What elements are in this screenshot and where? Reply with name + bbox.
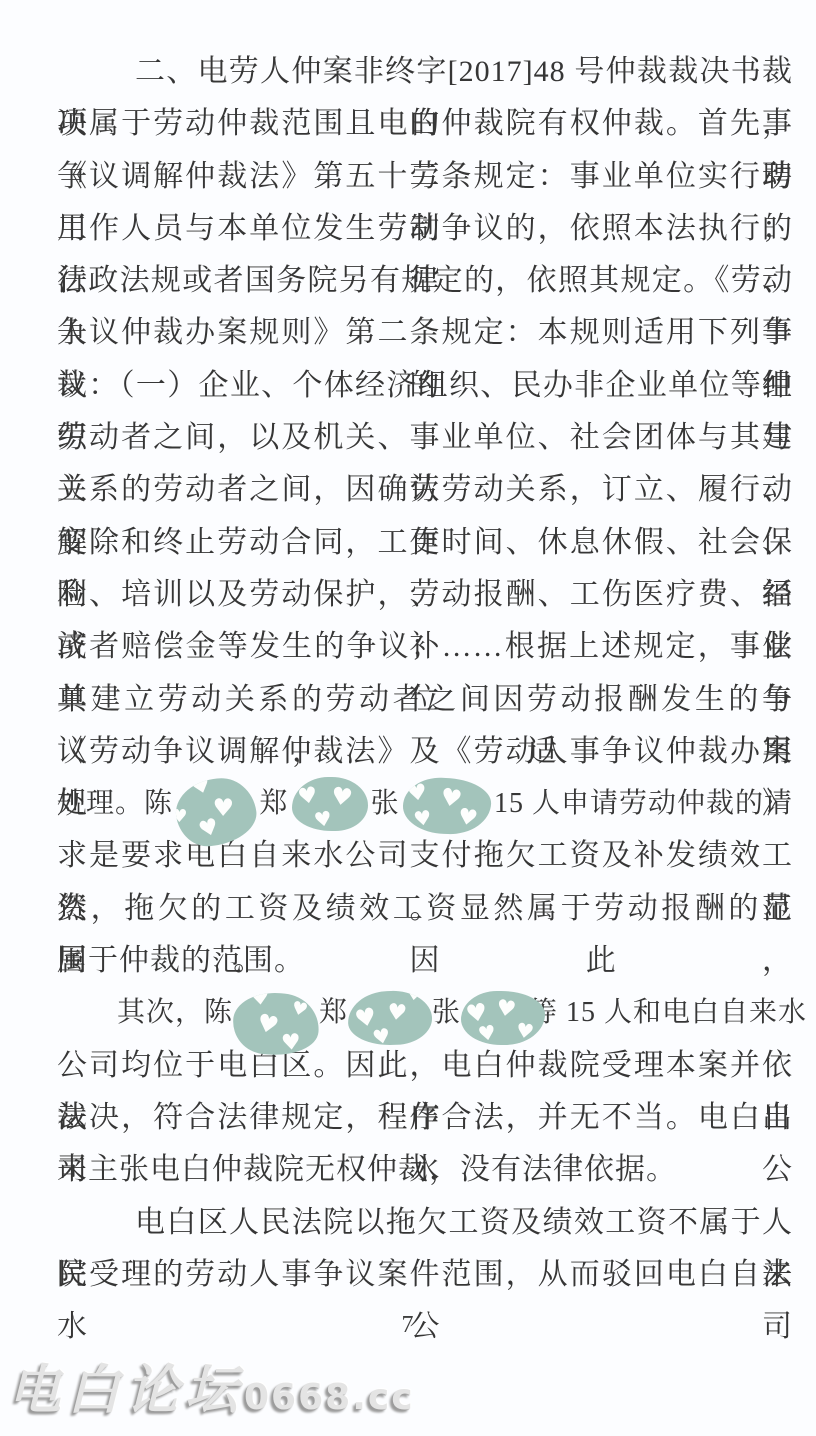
document-line: 利、培训以及劳动保护，劳动报酬、工伤医疗费、经济补偿 <box>57 569 793 621</box>
heart-icon: ♥ <box>495 998 519 1023</box>
text-segment: 15 人申请劳动仲裁的请 <box>494 778 793 830</box>
document-line: 《劳动争议调解仲裁法》及《劳动人事争议仲裁办案规则》 <box>57 726 793 778</box>
heart-icon: ♥ <box>405 782 429 807</box>
heart-icon: ♥ <box>280 1032 303 1056</box>
document-line: 处理。陈♥♥♥♥郑♥♥♥张♥♥♥♥15 人申请劳动仲裁的请 <box>57 778 793 830</box>
heart-icon: ♥ <box>296 784 320 809</box>
document-line: 项属于劳动仲裁范围且电白仲裁院有权仲裁。首先，《劳动 <box>57 98 793 150</box>
heart-icon: ♥ <box>289 999 310 1021</box>
document-line: 裁决，符合法律规定，程序合法，并无不当。电白自来水公 <box>57 1092 793 1144</box>
heart-icon: ♥ <box>313 807 335 830</box>
heart-icon: ♥ <box>254 1009 282 1038</box>
heart-icon: ♥ <box>515 1019 537 1042</box>
document-line: 争议调解仲裁法》第五十二条规定：事业单位实行聘用制的 <box>57 151 793 203</box>
document-line: 解除和终止劳动合同，工作时间、休息休假、社会保险、福 <box>57 517 793 569</box>
document-line: 劳动者之间，以及机关、事业单位、社会团体与其建立劳动 <box>57 412 793 464</box>
document-page: 二、电劳人仲案非终字[2017]48 号仲裁裁决书裁决的事项属于劳动仲裁范围且电… <box>0 0 816 1436</box>
text-segment: 张 <box>371 778 400 830</box>
document-line: 电白区人民法院以拖欠工资及绩效工资不属于人民法 <box>57 1197 793 1249</box>
document-line: 关系的劳动者之间，因确认劳动关系，订立、履行、变更、 <box>57 464 793 516</box>
redaction-sticker: ♥♥♥ <box>292 777 368 831</box>
document-line: 然，拖欠的工资及绩效工资显然属于劳动报酬的范围。因此， <box>57 883 793 935</box>
heart-icon: ♥ <box>250 989 273 1010</box>
heart-icon: ♥ <box>455 806 480 832</box>
document-line: 其建立劳动关系的劳动者之间因劳动报酬发生的争议，适用 <box>57 674 793 726</box>
document-body: 二、电劳人仲案非终字[2017]48 号仲裁裁决书裁决的事项属于劳动仲裁范围且电… <box>57 46 793 1301</box>
text-segment: 郑 <box>319 987 348 1039</box>
text-segment: 等 15 人和电白自来水 <box>529 987 807 1039</box>
document-line: 其次，陈♥♥♥♥郑♥♥♥♥张♥♥♥♥等 15 人和电白自来水 <box>57 987 793 1039</box>
heart-icon: ♥ <box>412 808 434 830</box>
text-segment: 其次，陈 <box>117 987 233 1039</box>
page-number: 7 <box>0 1312 816 1339</box>
text-segment: 郑 <box>259 778 288 830</box>
watermark-domain: 0668.cc <box>244 1380 415 1420</box>
heart-icon: ♥ <box>405 989 424 1004</box>
heart-icon: ♥ <box>476 1021 498 1044</box>
heart-icon: ♥ <box>329 783 355 810</box>
document-line: 工作人员与本单位发生劳动争议的，依照本法执行；法律、 <box>57 203 793 255</box>
document-line: 或者赔偿金等发生的争议；……根据上述规定，事业单位与 <box>57 621 793 673</box>
watermark: 电白论坛 0668.cc <box>8 1364 415 1420</box>
text-segment: 处理。陈 <box>57 778 173 830</box>
redaction-sticker: ♥♥♥♥ <box>461 991 545 1045</box>
document-line: 公司均位于电白区。因此，电白仲裁院受理本案并依法作出 <box>57 1040 793 1092</box>
document-line: 院受理的劳动人事争议案件范围，从而驳回电白自来水公司 <box>57 1249 793 1301</box>
redaction-sticker: ♥♥♥♥ <box>347 989 433 1046</box>
document-line: 求是要求电白自来水公司支付拖欠工资及补发绩效工资。显 <box>57 830 793 882</box>
heart-icon: ♥ <box>370 1024 393 1046</box>
document-line: 争议仲裁办案规则》第二条规定：本规则适用下列争议的仲 <box>57 307 793 359</box>
document-line: 行政法规或者国务院另有规定的，依照其规定。《劳动人事 <box>57 255 793 307</box>
text-segment: 张 <box>432 987 461 1039</box>
document-line: 裁：（一）企业、个体经济组织、民办非企业单位等组织与 <box>57 360 793 412</box>
document-line: 二、电劳人仲案非终字[2017]48 号仲裁裁决书裁决的事 <box>57 46 793 98</box>
watermark-site-name: 电白论坛 <box>8 1364 244 1420</box>
